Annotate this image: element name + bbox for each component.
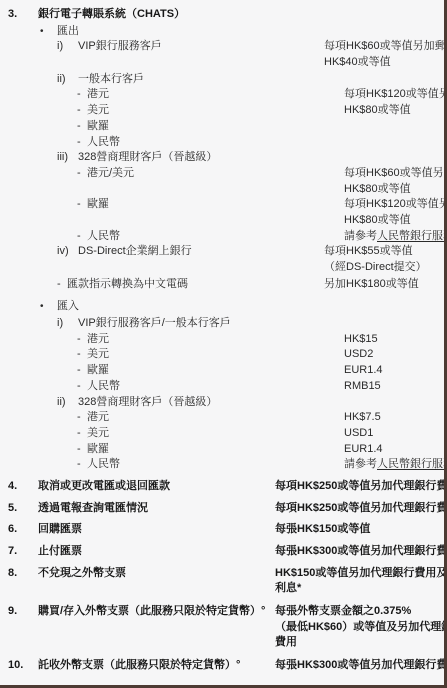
fee-value-line: 每項HK$55或等值 xyxy=(324,244,444,260)
fee-row: 5.透過電報查詢電匯情況每項HK$250或等值另加代理銀行費用 xyxy=(0,501,444,517)
fee-row: -美元USD2 xyxy=(0,347,444,363)
bullet-marker: • xyxy=(40,24,57,40)
fee-item-label: 歐羅 xyxy=(87,197,344,213)
fee-item-left-cell: i)VIP銀行服務客戶/一般本行客戶 xyxy=(0,316,324,332)
fee-value-line: 每項HK$120或等值另加郵電費用 xyxy=(344,87,444,103)
fee-row: ii)328營商理財客戶（晉越級） xyxy=(0,395,444,411)
fee-value-line: 每項HK$250或等值另加代理銀行費用 xyxy=(275,479,444,495)
list-marker: 6. xyxy=(8,522,38,538)
fee-row: 4.取消或更改電匯或退回匯款每項HK$250或等值另加代理銀行費用 xyxy=(0,479,444,495)
list-marker: 4. xyxy=(8,479,38,495)
fee-row: 7.止付匯票每張HK$300或等值另加代理銀行費用 xyxy=(0,544,444,560)
fee-value-line: 每項HK$60或等值另加郵電費用 xyxy=(344,166,444,182)
fee-value-cell: 每項HK$120或等值另加郵電費用 xyxy=(344,87,444,103)
fee-row: 8.不兌現之外幣支票HK$150或等值另加代理銀行費用及利息* xyxy=(0,566,444,597)
fee-value-text: USD2 xyxy=(344,348,373,360)
fee-item-left-cell: ii)一般本行客戶 xyxy=(0,72,324,88)
fee-value-cell: HK$150或等值另加代理銀行費用及利息* xyxy=(275,566,444,597)
fee-value-line: 每張HK$300或等值另加代理銀行費用 xyxy=(275,544,444,560)
fee-value-text: HK$80或等值 xyxy=(344,214,411,226)
fee-value-line: 每項HK$60或等值另加郵電費用 xyxy=(324,39,444,55)
fee-item-left-cell: -港元 xyxy=(0,332,344,348)
fee-item-left-cell: -歐羅 xyxy=(0,442,344,458)
fee-item-left-cell: 4.取消或更改電匯或退回匯款 xyxy=(0,479,275,495)
fee-row: -人民幣 xyxy=(0,135,444,151)
fee-item-left-cell: 9.購買/存入外幣支票（此服務只限於特定貨幣）° xyxy=(0,604,275,620)
fee-value-text: （經DS-Direct提交） xyxy=(324,261,427,273)
fee-value-line: HK$150或等值另加代理銀行費用及 xyxy=(275,566,444,582)
fee-item-left-cell: -美元 xyxy=(0,103,344,119)
fee-value-text: HK$80或等值 xyxy=(344,183,411,195)
fee-value-cell: USD2 xyxy=(344,347,444,363)
fee-item-left-cell: 6.回購匯票 xyxy=(0,522,275,538)
fee-value-text: HK$80或等值 xyxy=(344,104,411,116)
fee-row: -歐羅 xyxy=(0,119,444,135)
list-marker: - xyxy=(77,379,87,395)
fee-item-left-cell: -港元 xyxy=(0,87,344,103)
fee-value-line: 請參考人民幣銀行服務項目 xyxy=(344,457,444,473)
list-marker: - xyxy=(77,457,87,473)
fee-value-text: 每項HK$250或等值另加代理銀行費用 xyxy=(275,480,447,492)
fee-value-line: HK$80或等值 xyxy=(344,182,444,198)
fee-value-line: USD1 xyxy=(344,426,444,442)
fee-row: 10.託收外幣支票（此服務只限於特定貨幣）°每張HK$300或等值另加代理銀行費… xyxy=(0,658,444,674)
fee-value-cell: 每項HK$120或等值另加郵電費用HK$80或等值 xyxy=(344,197,444,228)
fee-value-line: HK$80或等值 xyxy=(344,103,444,119)
fee-value-text: 每項HK$60或等值另加郵電費用 xyxy=(344,167,447,179)
fee-item-label: 止付匯票 xyxy=(38,544,275,560)
list-marker: 3. xyxy=(8,7,38,23)
fee-value-line: （最低HK$60）或等值及另加代理銀行 xyxy=(275,620,444,636)
fee-row: iv)DS-Direct企業網上銀行每項HK$55或等值（經DS-Direct提… xyxy=(0,244,444,275)
fee-row: 6.回購匯票每張HK$150或等值 xyxy=(0,522,444,538)
fee-item-left-cell: 7.止付匯票 xyxy=(0,544,275,560)
fee-row: -人民幣請參考人民幣銀行服務項目 xyxy=(0,457,444,473)
fee-value-line: EUR1.4 xyxy=(344,442,444,458)
fee-item-label: VIP銀行服務客戶 xyxy=(78,39,324,55)
fee-value-text: HK$7.5 xyxy=(344,411,381,423)
fee-item-left-cell: i)VIP銀行服務客戶 xyxy=(0,39,324,55)
fee-row: -港元每項HK$120或等值另加郵電費用 xyxy=(0,87,444,103)
fee-item-left-cell: -港元/美元 xyxy=(0,166,344,182)
fee-row: -歐羅每項HK$120或等值另加郵電費用HK$80或等值 xyxy=(0,197,444,228)
list-marker: 7. xyxy=(8,544,38,560)
fee-item-left-cell: •匯入 xyxy=(0,299,307,315)
list-marker: 9. xyxy=(8,604,38,620)
list-marker: 10. xyxy=(8,658,38,674)
list-marker: i) xyxy=(57,39,78,55)
fee-value-cell: 另加HK$180或等值 xyxy=(324,277,444,293)
fee-value-line: HK$40或等值 xyxy=(324,55,444,71)
fee-value-cell: 請參考人民幣銀行服務項目 xyxy=(344,457,444,473)
fee-value-line: 費用 xyxy=(275,635,444,651)
fee-item-label: 328營商理財客戶（晉越級） xyxy=(78,395,324,411)
fee-value-text: 每張HK$300或等值另加代理銀行費用 xyxy=(275,545,447,557)
fee-item-label: 不兌現之外幣支票 xyxy=(38,566,275,582)
fee-item-label: 一般本行客戶 xyxy=(78,72,324,88)
list-marker: - xyxy=(77,332,87,348)
fee-value-cell: USD1 xyxy=(344,426,444,442)
fee-value-line: EUR1.4 xyxy=(344,363,444,379)
list-marker: - xyxy=(57,277,67,293)
list-marker: - xyxy=(77,87,87,103)
fee-value-text: USD1 xyxy=(344,427,373,439)
fee-row: -港元HK$7.5 xyxy=(0,410,444,426)
fee-item-left-cell: -人民幣 xyxy=(0,135,344,151)
fee-value-text: （最低HK$60）或等值及另加代理銀行 xyxy=(275,621,447,633)
list-marker: - xyxy=(77,426,87,442)
fee-value-line: 每項HK$250或等值另加代理銀行費用 xyxy=(275,501,444,517)
fee-value-text: 每項HK$120或等值另加郵電費用 xyxy=(344,88,447,100)
fee-value-text: 每張外幣支票金額之0.375% xyxy=(275,605,411,617)
fee-item-label: VIP銀行服務客戶/一般本行客戶 xyxy=(78,316,324,332)
fee-value-text: 每項HK$55或等值 xyxy=(324,245,413,257)
fee-row: -美元HK$80或等值 xyxy=(0,103,444,119)
fee-value-text: 每項HK$60或等值另加郵電費用 xyxy=(324,40,447,52)
fee-row: -港元/美元每項HK$60或等值另加郵電費用HK$80或等值 xyxy=(0,166,444,197)
fee-item-left-cell: iii)328營商理財客戶（晉越級） xyxy=(0,150,324,166)
fee-item-label: 匯出 xyxy=(57,24,307,40)
rmb-banking-services-ref: 人民幣銀行服務 xyxy=(377,230,447,242)
fee-value-line: 每張HK$300或等值另加代理銀行費用 xyxy=(275,658,444,674)
fee-item-label: 人民幣 xyxy=(87,135,344,151)
list-marker: - xyxy=(77,442,87,458)
rmb-banking-services-ref: 人民幣銀行服務 xyxy=(377,458,447,470)
fee-value-text: 請參考 xyxy=(344,458,377,470)
fee-item-label: 港元 xyxy=(87,410,344,426)
fee-value-cell: 每項HK$250或等值另加代理銀行費用 xyxy=(275,501,444,517)
fee-value-cell: 每張外幣支票金額之0.375%（最低HK$60）或等值及另加代理銀行費用 xyxy=(275,604,444,651)
fee-value-text: 另加HK$180或等值 xyxy=(324,278,419,290)
fee-value-line: 每項HK$120或等值另加郵電費用 xyxy=(344,197,444,213)
list-marker: - xyxy=(77,197,87,213)
fee-value-line: 請參考人民幣銀行服務項目 xyxy=(344,229,444,245)
fee-item-left-cell: -港元 xyxy=(0,410,344,426)
fee-value-text: HK$150或等值另加代理銀行費用及 xyxy=(275,567,447,579)
fee-value-cell: HK$80或等值 xyxy=(344,103,444,119)
fee-row: -匯款指示轉換為中文電碼另加HK$180或等值 xyxy=(0,277,444,293)
fee-item-label: 人民幣 xyxy=(87,229,344,245)
fee-item-label: 匯款指示轉換為中文電碼 xyxy=(67,277,324,293)
fee-item-label: 匯入 xyxy=(57,299,307,315)
fee-item-label: 取消或更改電匯或退回匯款 xyxy=(38,479,275,495)
fee-item-label: 港元/美元 xyxy=(87,166,344,182)
fee-item-label: 港元 xyxy=(87,332,344,348)
fee-value-text: EUR1.4 xyxy=(344,443,383,455)
fee-value-text: 每項HK$120或等值另加郵電費用 xyxy=(344,198,447,210)
list-marker: - xyxy=(77,166,87,182)
fee-item-left-cell: iv)DS-Direct企業網上銀行 xyxy=(0,244,324,260)
fee-item-label: 購買/存入外幣支票（此服務只限於特定貨幣）° xyxy=(38,604,275,620)
fee-value-cell: EUR1.4 xyxy=(344,442,444,458)
fee-item-left-cell: -匯款指示轉換為中文電碼 xyxy=(0,277,324,293)
fee-item-left-cell: 5.透過電報查詢電匯情況 xyxy=(0,501,275,517)
fee-item-left-cell: 8.不兌現之外幣支票 xyxy=(0,566,275,582)
list-marker: - xyxy=(77,103,87,119)
fee-value-cell: 每項HK$55或等值（經DS-Direct提交） xyxy=(324,244,444,275)
fee-row: ii)一般本行客戶 xyxy=(0,72,444,88)
fee-value-cell: 每張HK$150或等值 xyxy=(275,522,444,538)
fee-value-line: （經DS-Direct提交） xyxy=(324,260,444,276)
fee-value-line: HK$80或等值 xyxy=(344,213,444,229)
fee-value-text: EUR1.4 xyxy=(344,364,383,376)
fee-item-label: 透過電報查詢電匯情況 xyxy=(38,501,275,517)
fee-value-cell: 每項HK$250或等值另加代理銀行費用 xyxy=(275,479,444,495)
fee-row: •匯入 xyxy=(0,299,444,315)
fee-item-label: 人民幣 xyxy=(87,457,344,473)
fee-value-text: 利息* xyxy=(275,582,301,594)
fee-row: -人民幣RMB15 xyxy=(0,379,444,395)
fee-value-cell: 每張HK$300或等值另加代理銀行費用 xyxy=(275,658,444,674)
fee-item-left-cell: -美元 xyxy=(0,347,344,363)
fee-value-line: 每張HK$150或等值 xyxy=(275,522,444,538)
fee-value-line: HK$7.5 xyxy=(344,410,444,426)
bullet-marker: • xyxy=(40,299,57,315)
fee-value-text: 費用 xyxy=(275,636,297,648)
fee-row: i)VIP銀行服務客戶/一般本行客戶 xyxy=(0,316,444,332)
fee-row: i)VIP銀行服務客戶每項HK$60或等值另加郵電費用HK$40或等值 xyxy=(0,39,444,70)
fee-value-text: 每項HK$250或等值另加代理銀行費用 xyxy=(275,502,447,514)
fee-value-line: 每張外幣支票金額之0.375% xyxy=(275,604,444,620)
fee-value-line: HK$15 xyxy=(344,332,444,348)
list-marker: iii) xyxy=(57,150,78,166)
fee-item-label: 美元 xyxy=(87,347,344,363)
list-marker: - xyxy=(77,119,87,135)
fee-value-text: 每張HK$150或等值 xyxy=(275,523,370,535)
fee-row: 3.銀行電子轉賬系統（CHATS） xyxy=(0,7,444,23)
fee-item-left-cell: •匯出 xyxy=(0,24,307,40)
fee-value-text: RMB15 xyxy=(344,380,381,392)
fee-item-left-cell: -人民幣 xyxy=(0,457,344,473)
fee-item-left-cell: -美元 xyxy=(0,426,344,442)
fee-item-label: 歐羅 xyxy=(87,119,344,135)
fee-item-left-cell: -人民幣 xyxy=(0,379,344,395)
fee-item-left-cell: ii)328營商理財客戶（晉越級） xyxy=(0,395,324,411)
list-marker: 8. xyxy=(8,566,38,582)
fee-value-cell: EUR1.4 xyxy=(344,363,444,379)
fee-item-label: 328營商理財客戶（晉越級） xyxy=(78,150,324,166)
fee-item-label: 人民幣 xyxy=(87,379,344,395)
fee-row: -歐羅EUR1.4 xyxy=(0,363,444,379)
fee-row: -美元USD1 xyxy=(0,426,444,442)
list-marker: iv) xyxy=(57,244,78,260)
fee-item-label: 銀行電子轉賬系統（CHATS） xyxy=(38,7,275,23)
fee-item-label: 美元 xyxy=(87,103,344,119)
fee-item-left-cell: -歐羅 xyxy=(0,197,344,213)
fee-item-left-cell: 10.託收外幣支票（此服務只限於特定貨幣）° xyxy=(0,658,275,674)
fee-value-line: 利息* xyxy=(275,581,444,597)
list-marker: - xyxy=(77,347,87,363)
fee-value-text: HK$15 xyxy=(344,333,378,345)
fee-row: -歐羅EUR1.4 xyxy=(0,442,444,458)
list-marker: - xyxy=(77,363,87,379)
fee-value-cell: 請參考人民幣銀行服務項目 xyxy=(344,229,444,245)
fee-item-left-cell: -歐羅 xyxy=(0,363,344,379)
fee-item-label: 歐羅 xyxy=(87,442,344,458)
fee-item-label: 託收外幣支票（此服務只限於特定貨幣）° xyxy=(38,658,275,674)
fee-item-label: 回購匯票 xyxy=(38,522,275,538)
fee-schedule-document: 3.銀行電子轉賬系統（CHATS）•匯出i)VIP銀行服務客戶每項HK$60或等… xyxy=(0,7,444,674)
list-marker: i) xyxy=(57,316,78,332)
fee-value-line: 另加HK$180或等值 xyxy=(324,277,444,293)
fee-item-label: 歐羅 xyxy=(87,363,344,379)
fee-value-text: 每張HK$300或等值另加代理銀行費用 xyxy=(275,659,447,671)
fee-value-cell: 每項HK$60或等值另加郵電費用HK$40或等值 xyxy=(324,39,444,70)
fee-row: •匯出 xyxy=(0,24,444,40)
fee-item-left-cell: 3.銀行電子轉賬系統（CHATS） xyxy=(0,7,275,23)
list-marker: - xyxy=(77,410,87,426)
fee-value-cell: RMB15 xyxy=(344,379,444,395)
fee-row: -港元HK$15 xyxy=(0,332,444,348)
fee-value-cell: HK$15 xyxy=(344,332,444,348)
fee-row: -人民幣請參考人民幣銀行服務項目 xyxy=(0,229,444,245)
fee-value-cell: HK$7.5 xyxy=(344,410,444,426)
fee-value-cell: 每張HK$300或等值另加代理銀行費用 xyxy=(275,544,444,560)
fee-value-cell: 每項HK$60或等值另加郵電費用HK$80或等值 xyxy=(344,166,444,197)
fee-item-label: DS-Direct企業網上銀行 xyxy=(78,244,324,260)
fee-value-text: 請參考 xyxy=(344,230,377,242)
list-marker: 5. xyxy=(8,501,38,517)
fee-item-label: 港元 xyxy=(87,87,344,103)
fee-item-label: 美元 xyxy=(87,426,344,442)
fee-value-line: USD2 xyxy=(344,347,444,363)
fee-row: iii)328營商理財客戶（晉越級） xyxy=(0,150,444,166)
list-marker: ii) xyxy=(57,72,78,88)
list-marker: - xyxy=(77,229,87,245)
fee-item-left-cell: -歐羅 xyxy=(0,119,344,135)
fee-value-line: RMB15 xyxy=(344,379,444,395)
fee-row: 9.購買/存入外幣支票（此服務只限於特定貨幣）°每張外幣支票金額之0.375%（… xyxy=(0,604,444,651)
fee-item-left-cell: -人民幣 xyxy=(0,229,344,245)
list-marker: - xyxy=(77,135,87,151)
fee-value-text: HK$40或等值 xyxy=(324,56,391,68)
list-marker: ii) xyxy=(57,395,78,411)
